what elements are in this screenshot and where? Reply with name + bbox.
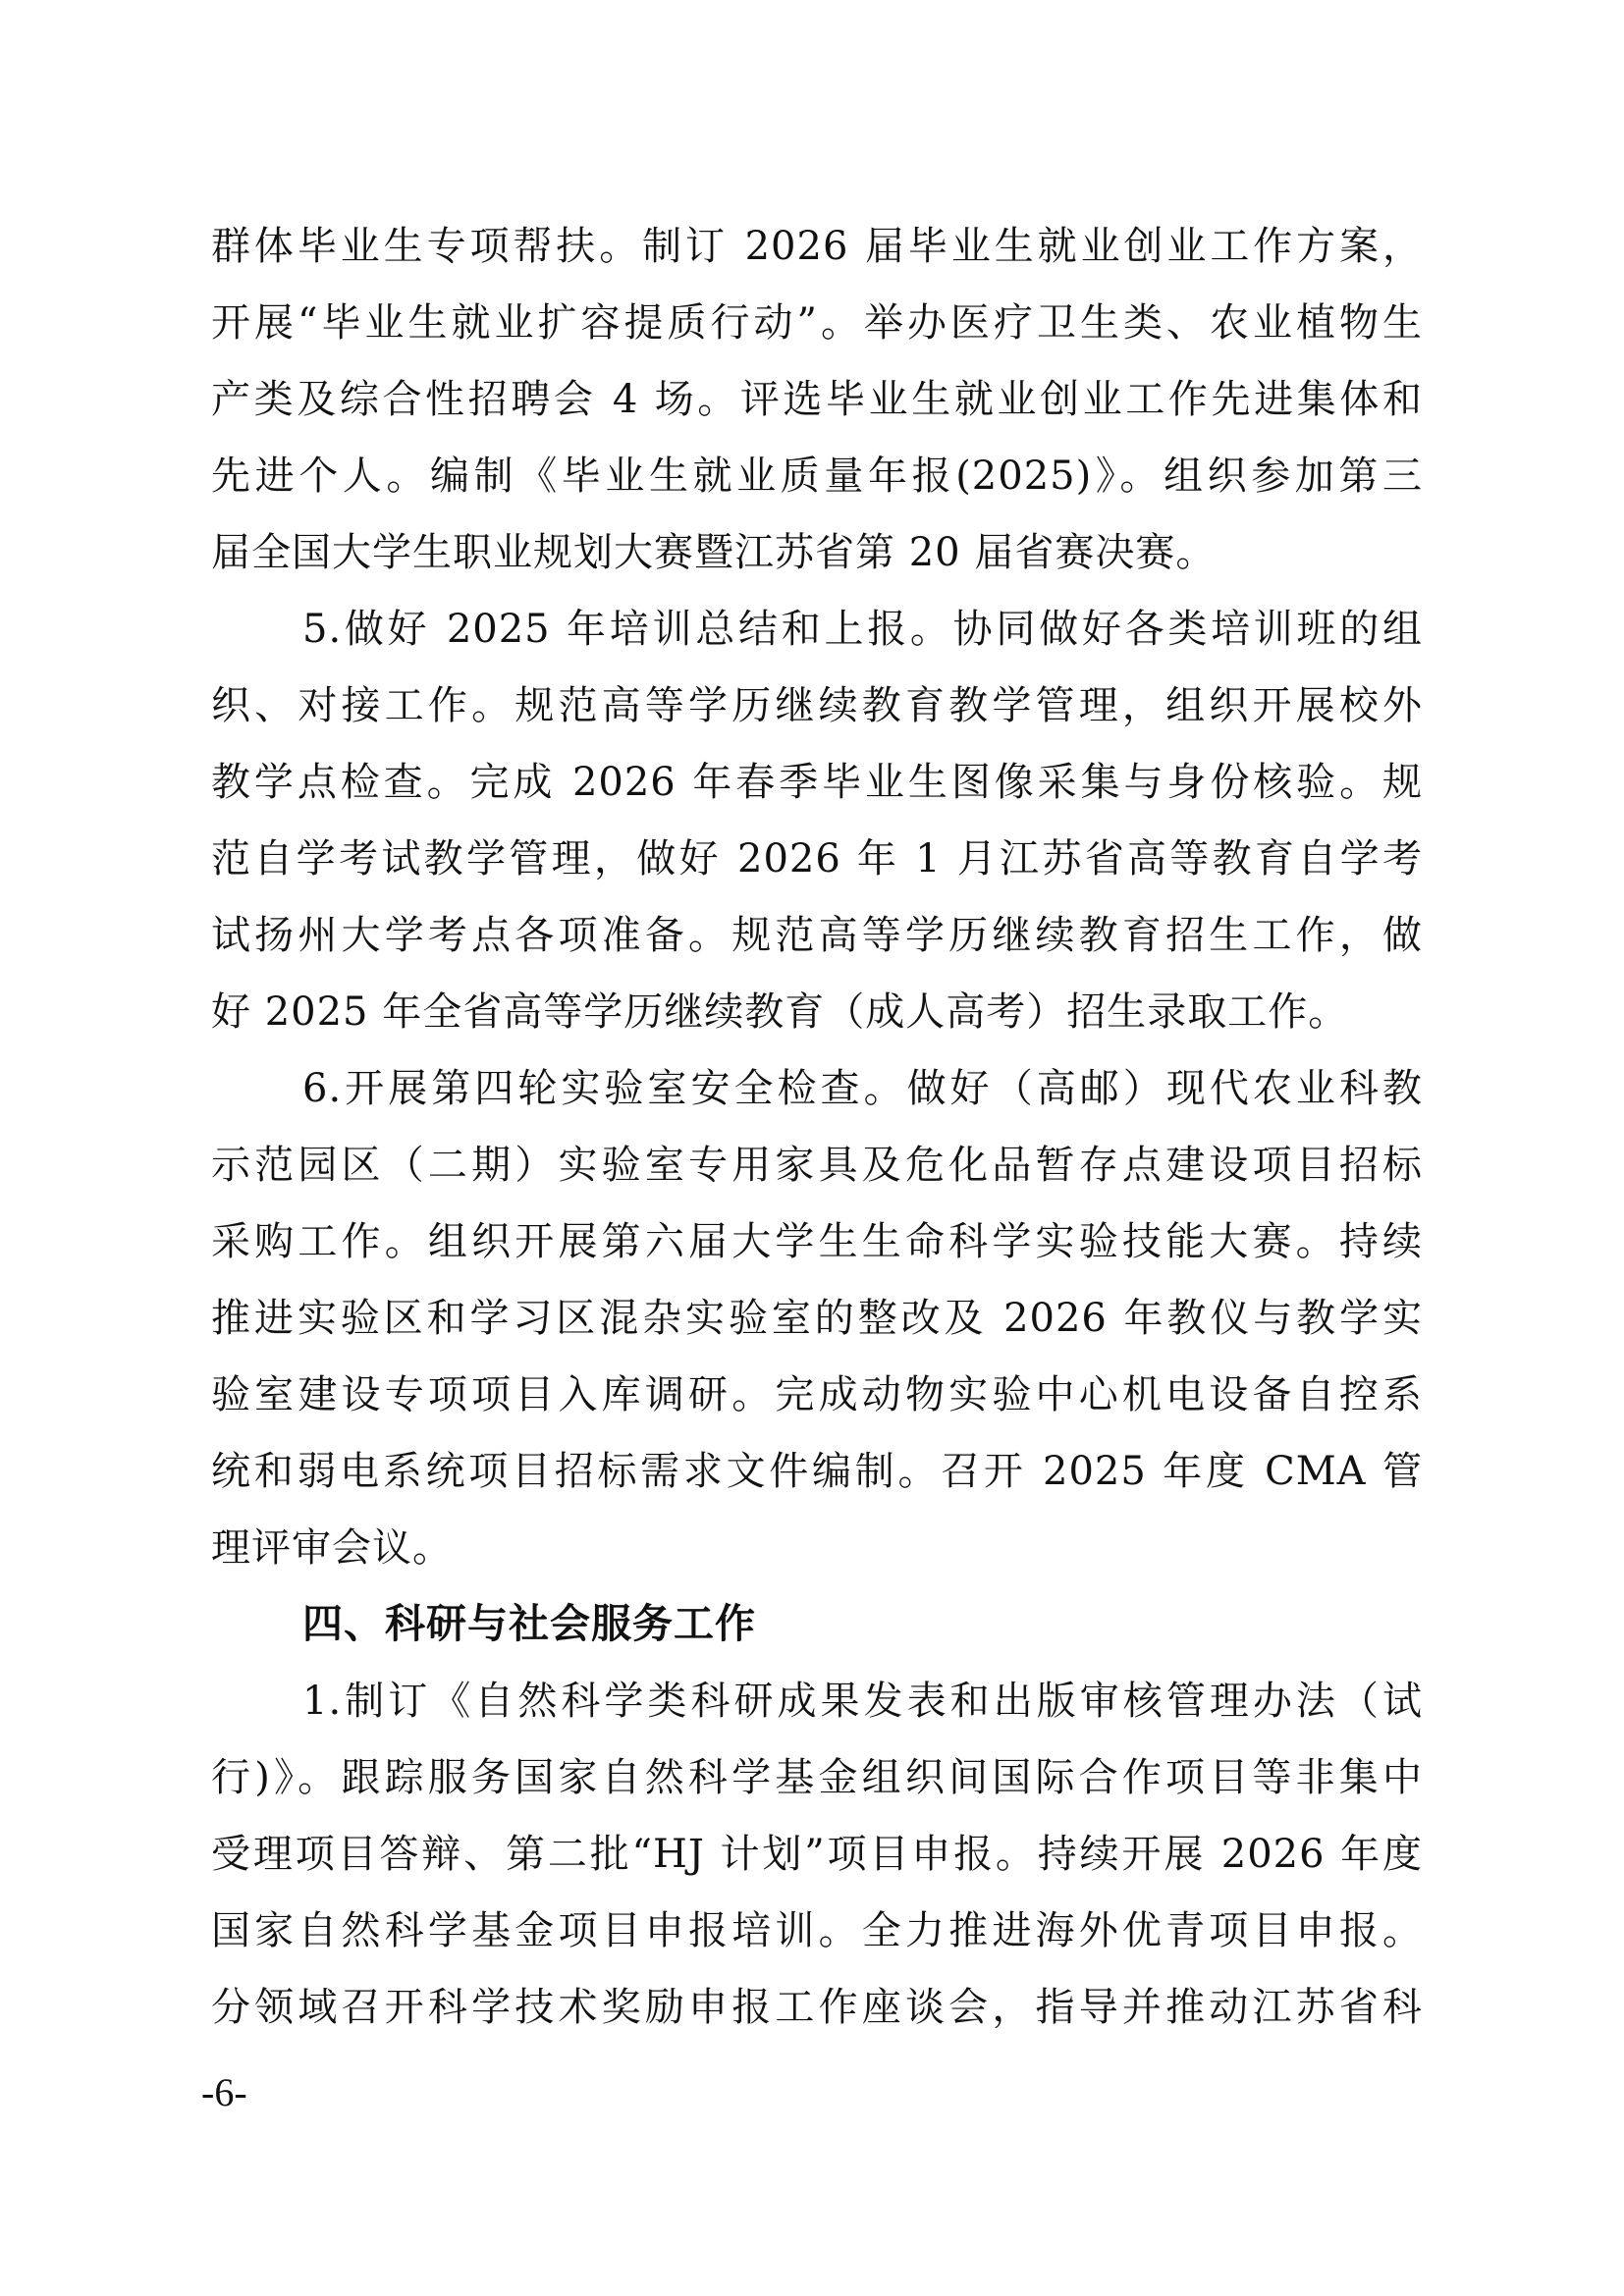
text-line: 范自学考试教学管理，做好 2026 年 1 月江苏省高等教育自学考 [211, 821, 1423, 897]
text-line: 产类及综合性招聘会 4 场。评选毕业生就业创业工作先进集体和 [211, 361, 1423, 438]
text-line: 试扬州大学考点各项准备。规范高等学历继续教育招生工作，做 [211, 897, 1423, 974]
text-line: 群体毕业生专项帮扶。制订 2026 届毕业生就业创业工作方案， [211, 208, 1423, 285]
text-line: 分领域召开科学技术奖励申报工作座谈会，指导并推动江苏省科 [211, 1969, 1423, 2046]
text-line: 采购工作。组织开展第六届大学生生命科学实验技能大赛。持续 [211, 1203, 1423, 1280]
text-line: 行)》。跟踪服务国家自然科学基金组织间国际合作项目等非集中 [211, 1739, 1423, 1816]
text-line: 先进个人。编制《毕业生就业质量年报(2025)》。组织参加第三 [211, 438, 1423, 514]
text-line: 验室建设专项项目入库调研。完成动物实验中心机电设备自控系 [211, 1357, 1423, 1433]
paragraph-first-line: 5.做好 2025 年培训总结和上报。协同做好各类培训班的组 [302, 591, 1423, 667]
text-line: 开展“毕业生就业扩容提质行动”。举办医疗卫生类、农业植物生 [211, 285, 1423, 361]
section-heading: 四、科研与社会服务工作 [302, 1585, 756, 1662]
text-line: 国家自然科学基金项目申报培训。全力推进海外优青项目申报。 [211, 1893, 1423, 1969]
paragraph-first-line: 6.开展第四轮实验室安全检查。做好（高邮）现代农业科教 [302, 1050, 1423, 1127]
text-line: 织、对接工作。规范高等学历继续教育教学管理，组织开展校外 [211, 667, 1423, 744]
text-line: 示范园区（二期）实验室专用家具及危化品暂存点建设项目招标 [211, 1127, 1423, 1203]
text-line: 推进实验区和学习区混杂实验室的整改及 2026 年教仪与教学实 [211, 1280, 1423, 1357]
page-number: -6- [201, 2069, 247, 2116]
text-line: 届全国大学生职业规划大赛暨江苏省第 20 届省赛决赛。 [211, 514, 1423, 591]
text-line: 理评审会议。 [211, 1510, 1423, 1586]
text-line: 统和弱电系统项目招标需求文件编制。召开 2025 年度 CMA 管 [211, 1433, 1423, 1510]
text-line: 受理项目答辩、第二批“HJ 计划”项目申报。持续开展 2026 年度 [211, 1816, 1423, 1893]
paragraph-first-line: 1.制订《自然科学类科研成果发表和出版审核管理办法（试 [302, 1663, 1423, 1739]
text-line: 好 2025 年全省高等学历继续教育（成人高考）招生录取工作。 [211, 974, 1423, 1050]
text-line: 教学点检查。完成 2026 年春季毕业生图像采集与身份核验。规 [211, 744, 1423, 821]
document-page: 群体毕业生专项帮扶。制订 2026 届毕业生就业创业工作方案， 开展“毕业生就业… [0, 0, 1624, 2296]
